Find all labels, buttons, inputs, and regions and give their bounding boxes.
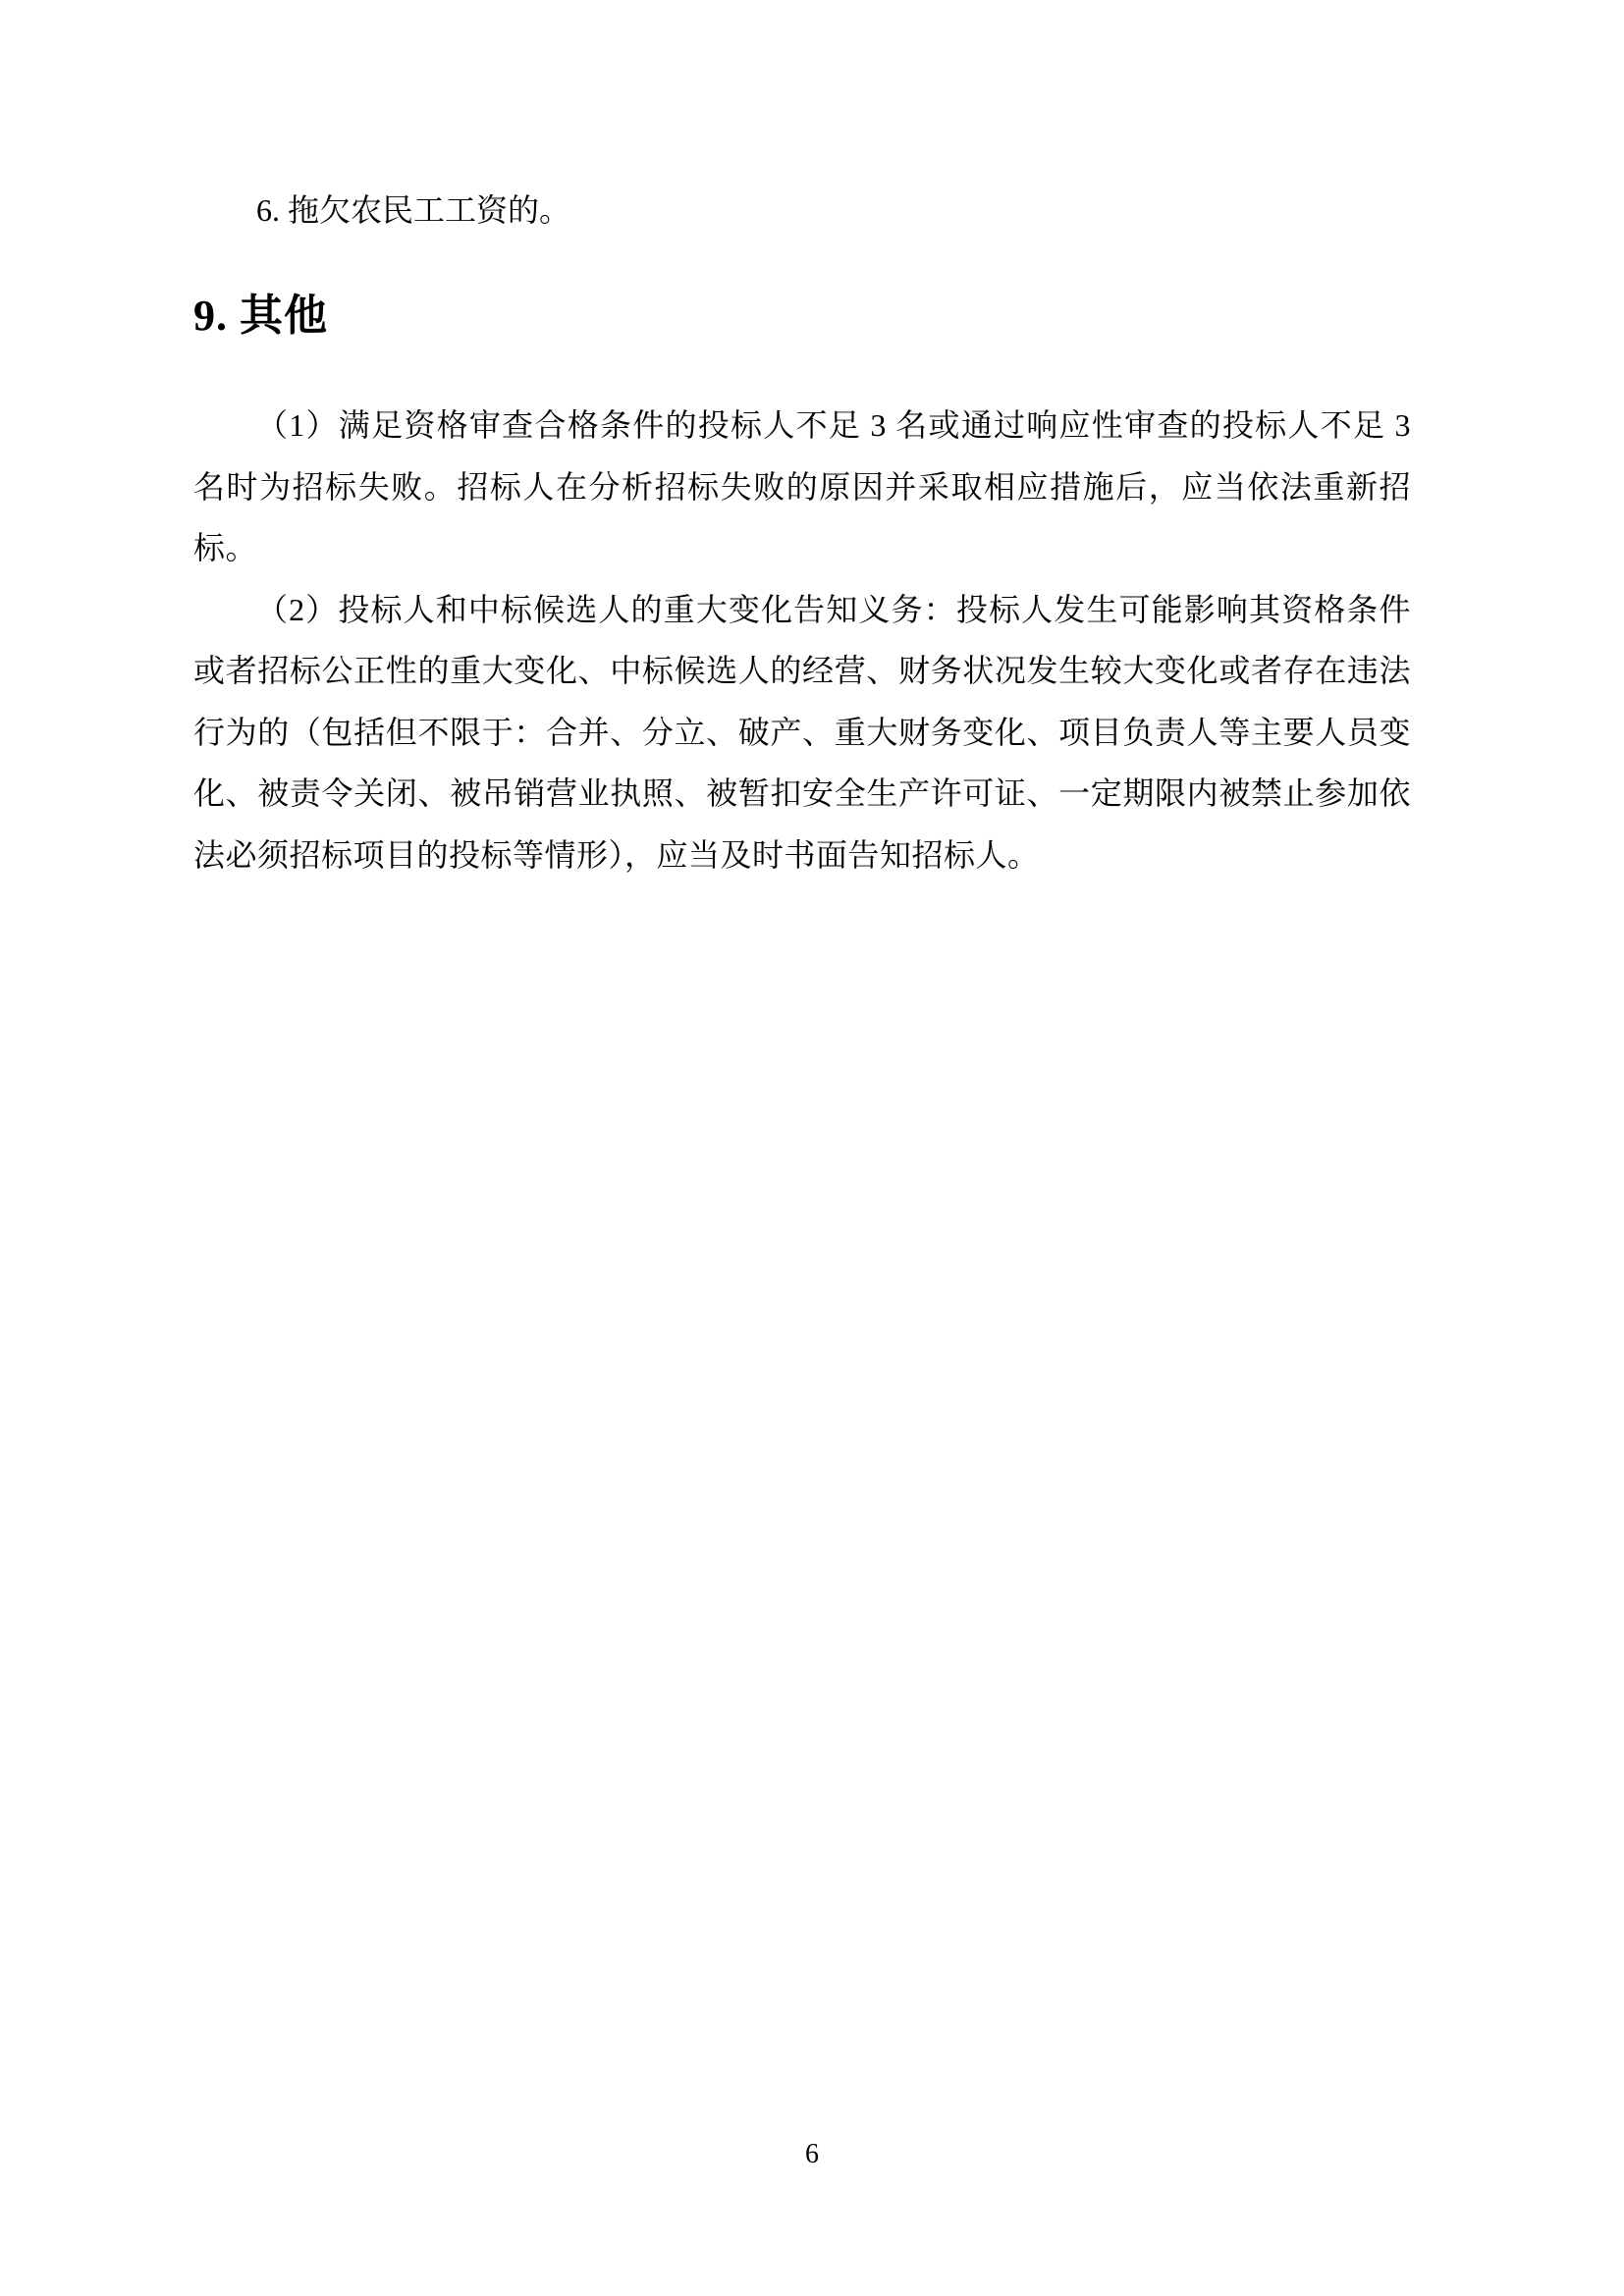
list-item-6: 6. 拖欠农民工工资的。: [193, 192, 570, 228]
section-heading: 9. 其他: [193, 291, 328, 342]
page-number: 6: [0, 2138, 1624, 2171]
paragraph-2: （2）投标人和中标候选人的重大变化告知义务：投标人发生可能影响其资格条件或者招标…: [193, 579, 1411, 886]
section-body: （1）满足资格审查合格条件的投标人不足 3 名或通过响应性审查的投标人不足 3 …: [193, 395, 1411, 885]
paragraph-1: （1）满足资格审查合格条件的投标人不足 3 名或通过响应性审查的投标人不足 3 …: [193, 395, 1411, 579]
document-page: 6. 拖欠农民工工资的。 9. 其他 （1）满足资格审查合格条件的投标人不足 3…: [0, 0, 1624, 2296]
